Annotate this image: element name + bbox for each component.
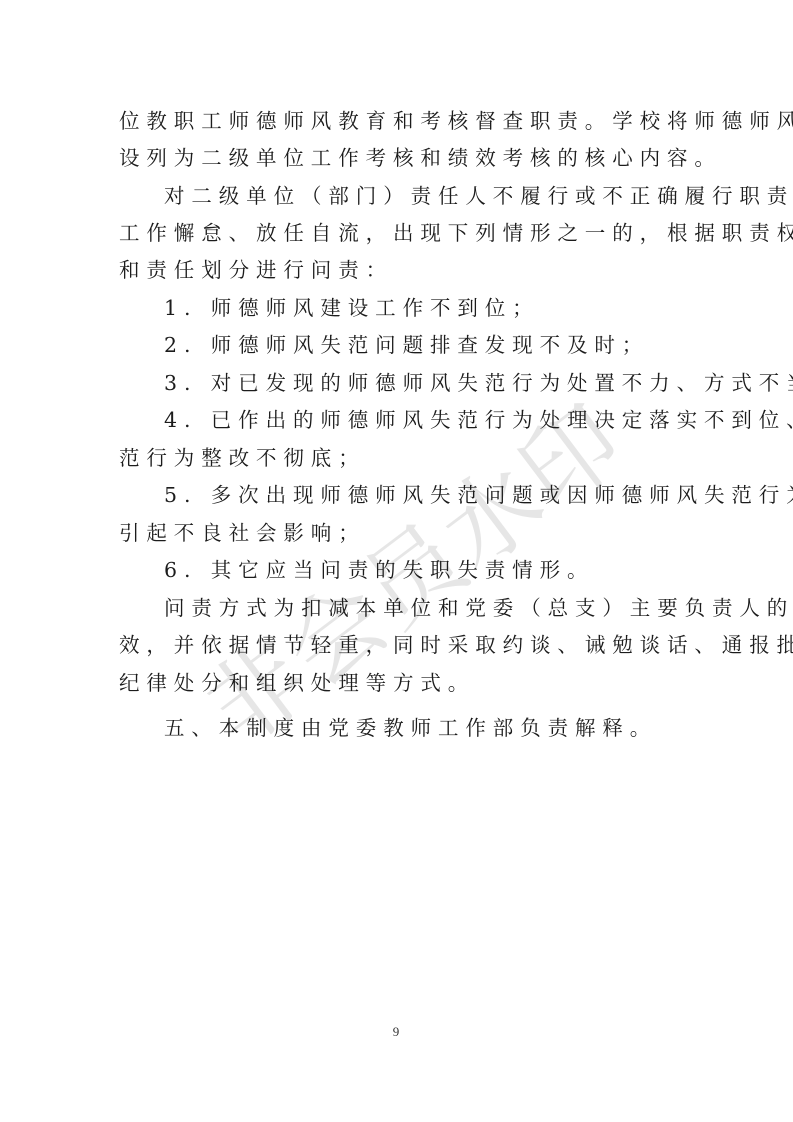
paragraph-line: 和责任划分进行问责： xyxy=(119,255,679,285)
page-number: 9 xyxy=(386,1024,406,1040)
paragraph-line: 位教职工师德师风教育和考核督查职责。学校将师德师风建 xyxy=(119,106,679,136)
list-item-continuation: 范行为整改不彻底； xyxy=(119,443,679,473)
paragraph-line: 问责方式为扣减本单位和党委（总支）主要负责人的绩 xyxy=(164,593,724,623)
list-item: 3. 对已发现的师德师风失范行为处置不力、方式不当； xyxy=(164,368,724,398)
paragraph-line: 对二级单位（部门）责任人不履行或不正确履行职责， xyxy=(164,181,724,211)
document-page: 非会员水印 位教职工师德师风教育和考核督查职责。学校将师德师风建 设列为二级单位… xyxy=(0,0,793,1122)
paragraph-line: 纪律处分和组织处理等方式。 xyxy=(119,668,679,698)
list-item: 5. 多次出现师德师风失范问题或因师德师风失范行为 xyxy=(164,480,724,510)
list-item-continuation: 引起不良社会影响； xyxy=(119,518,679,548)
list-item: 6. 其它应当问责的失职失责情形。 xyxy=(164,555,724,585)
paragraph-line: 设列为二级单位工作考核和绩效考核的核心内容。 xyxy=(119,143,679,173)
list-item: 2. 师德师风失范问题排查发现不及时； xyxy=(164,330,724,360)
paragraph-line: 工作懈怠、放任自流，出现下列情形之一的，根据职责权限 xyxy=(119,218,679,248)
section-heading: 五、本制度由党委教师工作部负责解释。 xyxy=(164,713,724,743)
list-item: 1. 师德师风建设工作不到位； xyxy=(164,293,724,323)
paragraph-line: 效，并依据情节轻重，同时采取约谈、诫勉谈话、通报批评、 xyxy=(119,630,679,660)
list-item: 4. 已作出的师德师风失范行为处理决定落实不到位、失 xyxy=(164,405,724,435)
